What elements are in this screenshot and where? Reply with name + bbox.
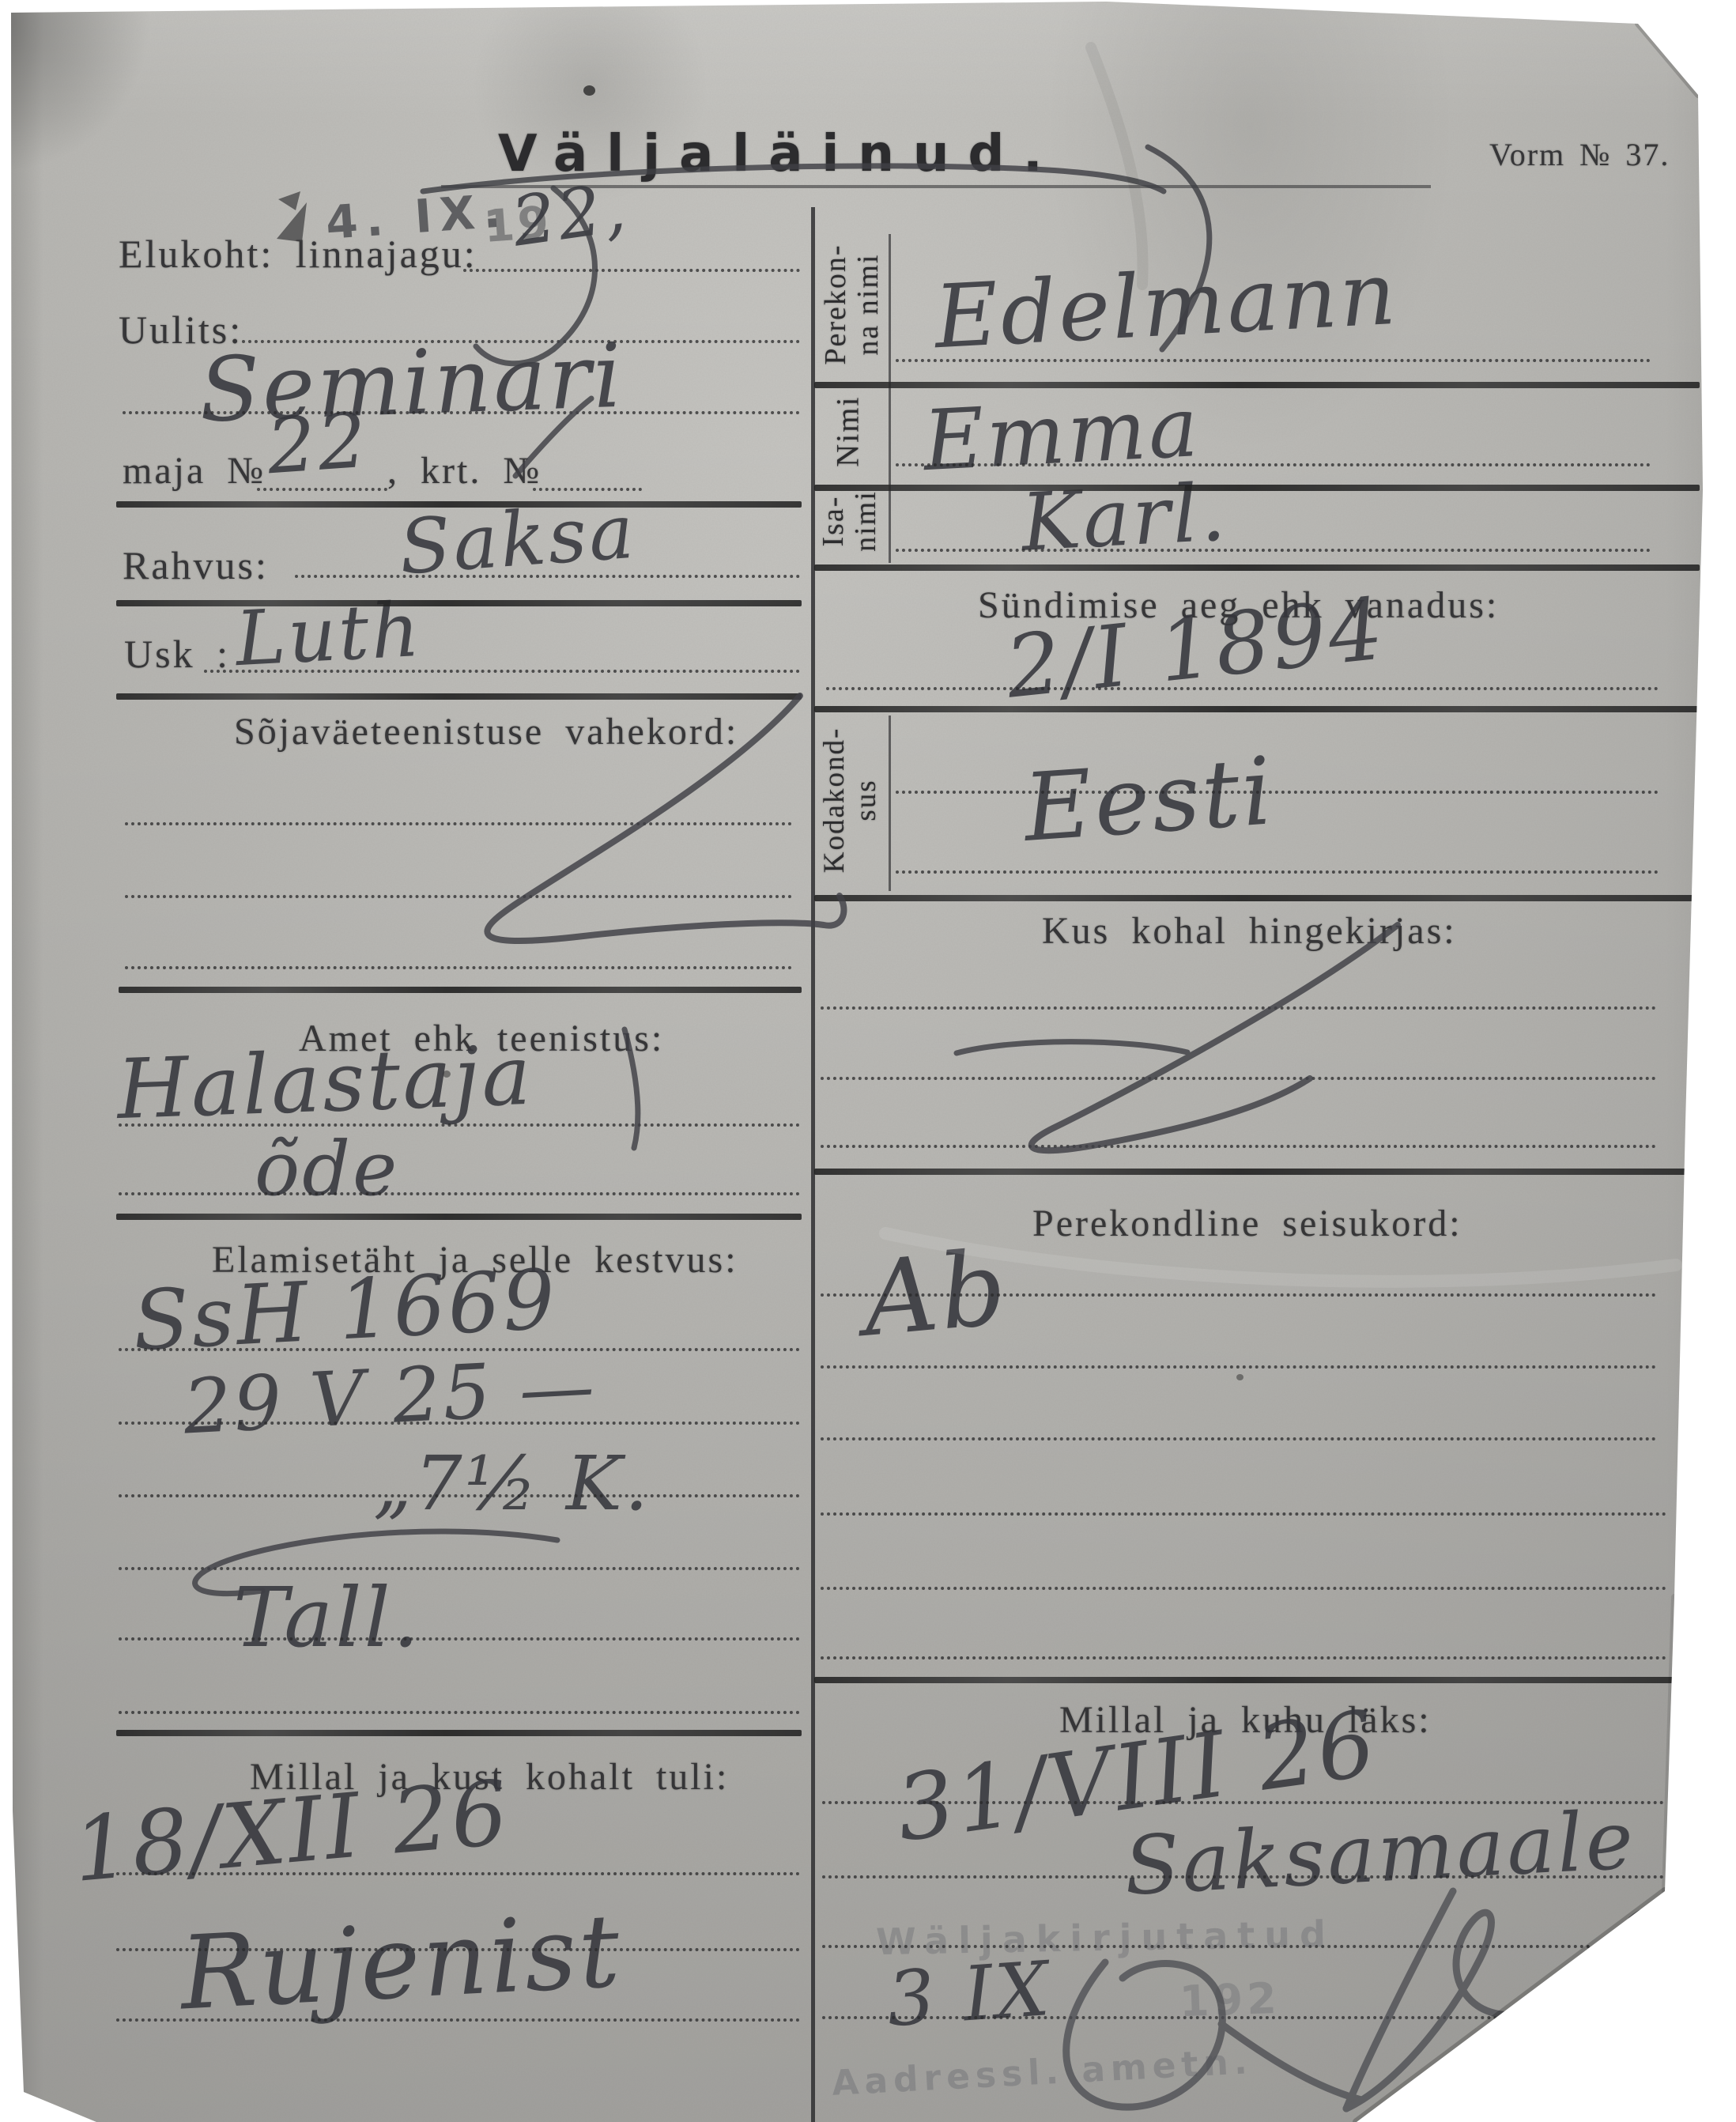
field-house-label: maja № <box>123 449 266 493</box>
section-rule <box>119 987 802 993</box>
section-rule <box>814 382 1700 388</box>
dotted-line <box>821 1656 1666 1659</box>
citizenship-label-line2: sus <box>850 779 882 821</box>
dotted-line <box>119 1422 800 1425</box>
field-apartment-label: , krt. № <box>387 449 542 493</box>
label-cell-border <box>889 716 891 891</box>
dotted-line <box>125 966 792 969</box>
scanned-form-paper: Väljaläinud. Vorm № 37. 4. IX. 19 22, El… <box>0 0 1736 2122</box>
dotted-line <box>119 1494 800 1497</box>
dotted-line <box>204 670 800 673</box>
label-cell-border <box>889 234 891 563</box>
dotted-line <box>896 791 1659 794</box>
field-name-label: Nimi <box>830 376 864 487</box>
dotted-line <box>116 2018 800 2022</box>
dotted-line <box>896 549 1651 552</box>
dotted-line <box>119 1192 800 1195</box>
section-rule <box>814 485 1700 491</box>
form-number: Vorm № 37. <box>1489 136 1670 173</box>
field-father-value: Karl. <box>1019 466 1230 568</box>
dotted-line <box>116 1872 800 1875</box>
field-occupation-value-line2: õde <box>255 1126 399 1213</box>
dotted-line <box>826 687 1659 690</box>
dotted-line <box>242 340 800 343</box>
section-rule <box>814 706 1704 712</box>
section-rule <box>116 1214 802 1220</box>
section-rule <box>814 895 1704 901</box>
field-family-status-label: Perekondline seisukord: <box>1032 1202 1462 1245</box>
father-label-line2: nimi <box>849 490 882 552</box>
section-rule <box>814 564 1700 571</box>
field-arrived-value-line1: 18/XII 26 <box>69 1761 514 1902</box>
dotted-line <box>119 1567 800 1570</box>
dotted-line <box>821 1006 1656 1010</box>
section-rule <box>814 1677 1693 1683</box>
field-occupation-value-line1: Halastaja <box>115 1027 534 1138</box>
surname-label-line2: na nimi <box>851 254 885 356</box>
dotted-line <box>822 1945 1660 1948</box>
section-rule <box>116 501 802 508</box>
dotted-line <box>896 463 1651 466</box>
father-label-line1: Isa- <box>817 496 850 547</box>
dotted-line <box>822 2016 1656 2019</box>
section-rule <box>116 600 802 606</box>
field-arrived-value-line2: Rujenist <box>177 1892 625 2033</box>
dotted-line <box>822 1801 1664 1804</box>
registry-none-dash <box>1032 925 1398 1150</box>
citizenship-label-line1: Kodakond- <box>818 727 851 873</box>
field-citizenship-value: Eesti <box>1021 736 1278 863</box>
field-house-value: 22 <box>264 396 372 492</box>
corner-fold-crease <box>1357 1891 1665 2122</box>
dotted-line <box>463 269 800 272</box>
dotted-line <box>821 1145 1656 1148</box>
dotted-line <box>119 1348 800 1351</box>
dotted-line <box>116 1948 800 1951</box>
dotted-line <box>295 575 800 578</box>
official-title-stamp: Aadressl. ametn. <box>831 2041 1254 2104</box>
ink-speck <box>1236 1374 1244 1380</box>
field-nationality-label: Rahvus: <box>123 542 269 588</box>
section-rule <box>116 693 802 700</box>
dotted-line <box>123 411 800 414</box>
dotted-line <box>896 359 1651 362</box>
dotted-line <box>821 1437 1656 1440</box>
official-signature <box>1346 1891 1453 2109</box>
ink-speck <box>443 1070 451 1078</box>
field-residence-label: Elukoht: linnajagu: <box>119 231 477 277</box>
section-rule <box>814 1169 1700 1175</box>
field-permit-value-line3: „7½ K. <box>373 1440 651 1527</box>
dotted-line <box>533 488 642 491</box>
field-permit-value-line4: Tall. <box>233 1569 421 1666</box>
field-surname-label: Perekon- na nimi <box>820 233 885 376</box>
deregistered-stamp: Wäljakirjutatud <box>876 1912 1336 1963</box>
torn-corner-shadow <box>1638 24 1698 95</box>
paper-edge-shadow <box>1665 1597 1674 1891</box>
section-rule <box>116 1730 802 1736</box>
dotted-line <box>821 1293 1656 1297</box>
ink-speck <box>583 85 595 96</box>
field-citizenship-label: Kodakond- sus <box>819 717 882 883</box>
field-registry-label: Kus kohal hingekirjas: <box>1042 909 1457 953</box>
column-divider <box>811 207 815 2122</box>
dotted-line <box>119 1123 800 1127</box>
scan-page: Väljaläinud. Vorm № 37. 4. IX. 19 22, El… <box>0 0 1736 2122</box>
surname-label-line1: Perekon- <box>819 244 852 364</box>
dotted-line <box>119 1637 800 1641</box>
arrival-year-handwritten: 22, <box>508 168 632 262</box>
field-surname-value: Edelmann <box>932 243 1400 368</box>
official-signature <box>1346 1912 1527 2109</box>
registry-dash-crossbar <box>957 1042 1187 1053</box>
dotted-line <box>821 1587 1666 1590</box>
paper-crease <box>1091 47 1143 285</box>
dotted-line <box>821 1365 1656 1369</box>
dotted-line <box>257 488 387 491</box>
dotted-line <box>119 1711 800 1714</box>
official-signature <box>1632 1911 1666 1970</box>
stamp-arrow-mark <box>278 191 300 210</box>
dotted-line <box>896 870 1659 874</box>
dotted-line <box>125 895 792 898</box>
dotted-line <box>821 1077 1656 1080</box>
dotted-line <box>821 1512 1666 1516</box>
dotted-line <box>822 1875 1664 1878</box>
dotted-line <box>125 822 792 825</box>
field-military-label: Sõjaväeteenistuse vahekord: <box>234 710 738 753</box>
